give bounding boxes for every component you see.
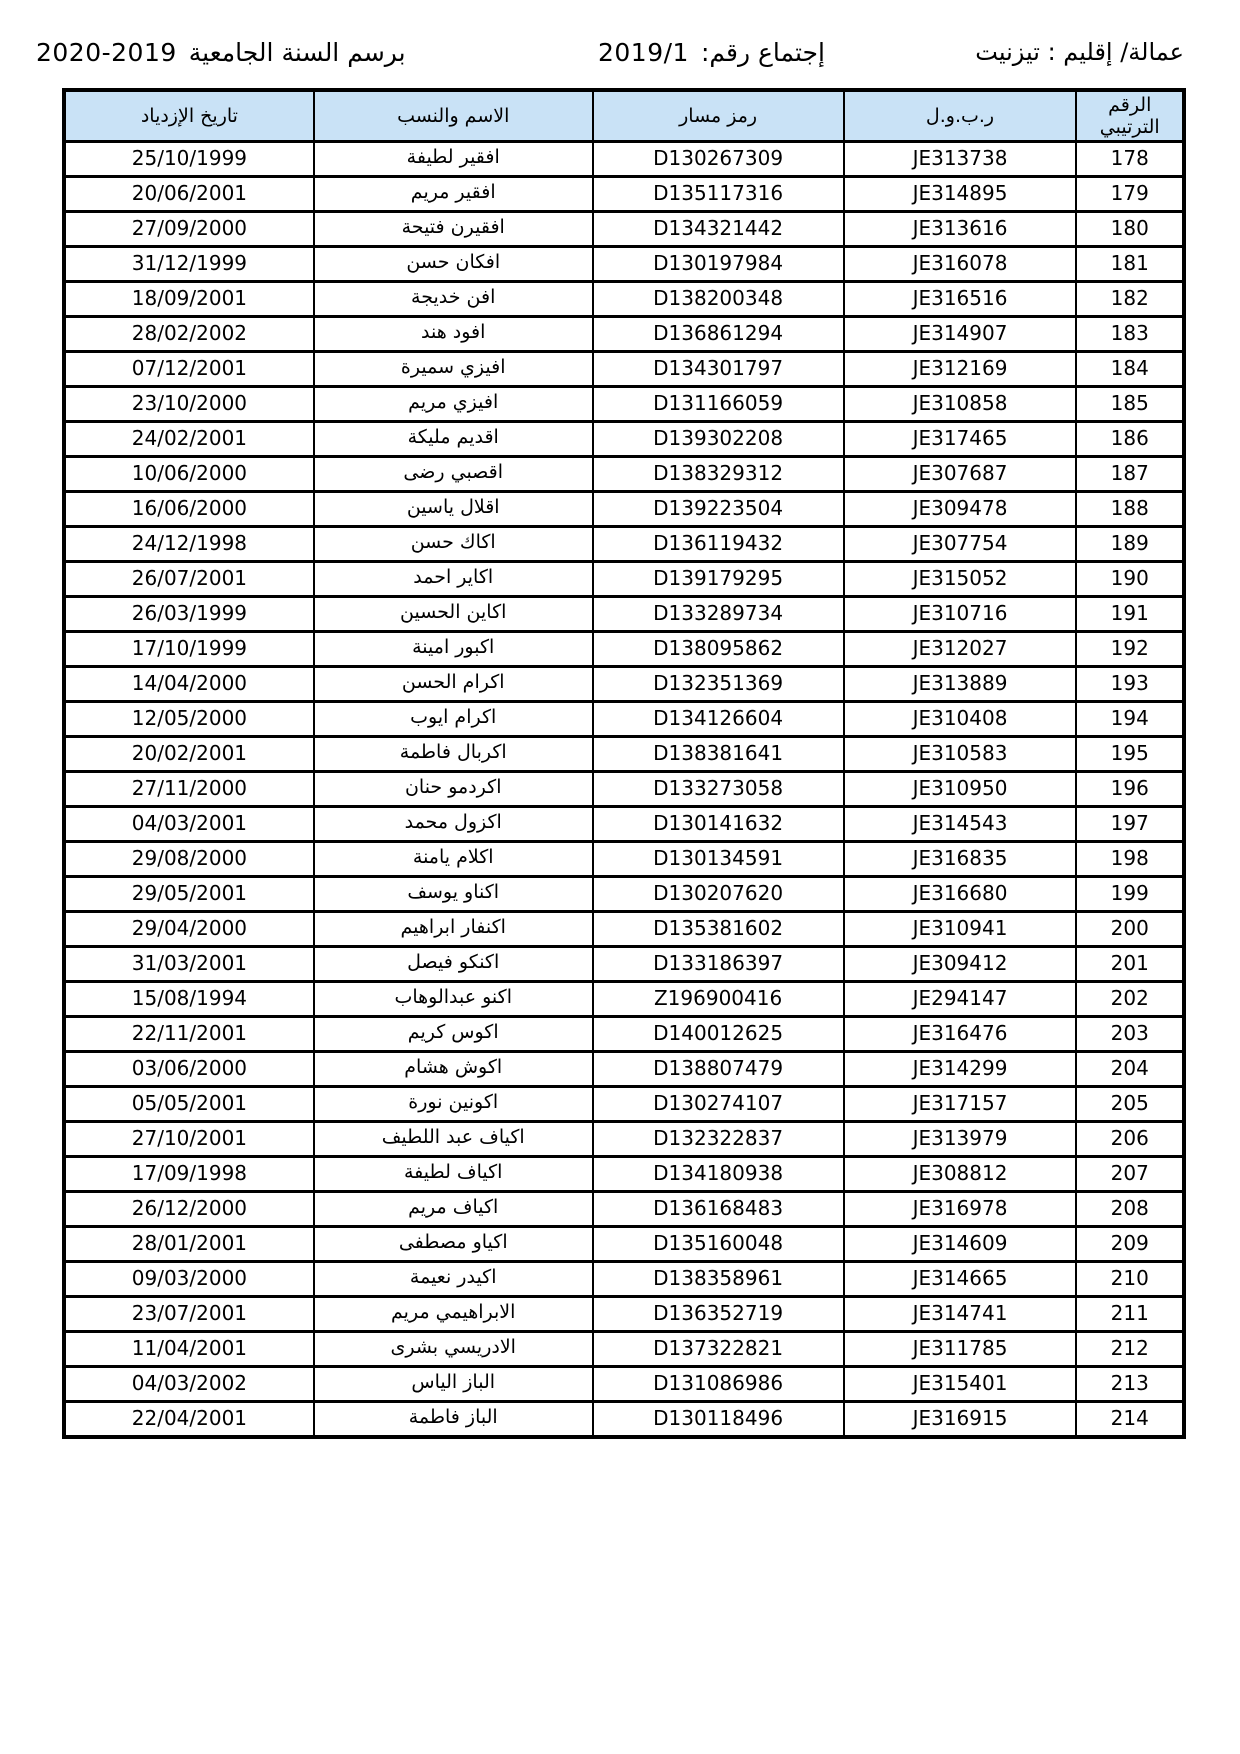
column-header-dob: تاريخ الإزدياد	[64, 90, 314, 142]
dob-cell: 15/08/1994	[64, 982, 314, 1017]
cnie-cell: JE310941	[844, 912, 1077, 947]
serial-cell: 183	[1076, 317, 1184, 352]
table-row: 188 JE309478 D139223504 اقلال ياسين 16/0…	[64, 492, 1184, 527]
massar-cell: D130197984	[593, 247, 844, 282]
table-row: 196 JE310950 D133273058 اكردمو حنان 27/1…	[64, 772, 1184, 807]
massar-cell: D132351369	[593, 667, 844, 702]
meeting-number-value: 2019/1	[598, 38, 689, 67]
massar-cell: D138095862	[593, 632, 844, 667]
massar-cell: Z196900416	[593, 982, 844, 1017]
massar-cell: D131166059	[593, 387, 844, 422]
cnie-cell: JE312027	[844, 632, 1077, 667]
cnie-cell: JE310950	[844, 772, 1077, 807]
name-cell: افيزي سميرة	[314, 352, 593, 387]
cnie-cell: JE309478	[844, 492, 1077, 527]
serial-cell: 212	[1076, 1332, 1184, 1367]
massar-cell: D138807479	[593, 1052, 844, 1087]
serial-cell: 213	[1076, 1367, 1184, 1402]
name-cell: اكردمو حنان	[314, 772, 593, 807]
serial-cell: 189	[1076, 527, 1184, 562]
cnie-cell: JE312169	[844, 352, 1077, 387]
cnie-cell: JE315401	[844, 1367, 1077, 1402]
name-cell: اكنو عبدالوهاب	[314, 982, 593, 1017]
serial-cell: 182	[1076, 282, 1184, 317]
cnie-cell: JE316476	[844, 1017, 1077, 1052]
table-row: 211 JE314741 D136352719 الابراهيمي مريم …	[64, 1297, 1184, 1332]
table-row: 195 JE310583 D138381641 اكربال فاطمة 20/…	[64, 737, 1184, 772]
dob-cell: 10/06/2000	[64, 457, 314, 492]
cnie-cell: JE314299	[844, 1052, 1077, 1087]
table-row: 187 JE307687 D138329312 اقصبي رضى 10/06/…	[64, 457, 1184, 492]
dob-cell: 28/01/2001	[64, 1227, 314, 1262]
massar-cell: D135160048	[593, 1227, 844, 1262]
table-row: 214 JE316915 D130118496 الباز فاطمة 22/0…	[64, 1402, 1184, 1437]
dob-cell: 26/03/1999	[64, 597, 314, 632]
table-row: 212 JE311785 D137322821 الادريسي بشرى 11…	[64, 1332, 1184, 1367]
table-row: 190 JE315052 D139179295 اكاير احمد 26/07…	[64, 562, 1184, 597]
dob-cell: 29/08/2000	[64, 842, 314, 877]
cnie-cell: JE314895	[844, 177, 1077, 212]
cnie-cell: JE309412	[844, 947, 1077, 982]
table-row: 206 JE313979 D132322837 اكياف عبد اللطيف…	[64, 1122, 1184, 1157]
meeting-number-heading: 2019/1 إجتماع رقم:	[598, 38, 825, 67]
dob-cell: 16/06/2000	[64, 492, 314, 527]
name-cell: اكلام يامنة	[314, 842, 593, 877]
name-cell: اكياف لطيفة	[314, 1157, 593, 1192]
students-roster-table: الرقم الترتيبي ر.ب.و.ل رمز مسار الاسم وا…	[62, 88, 1186, 1439]
serial-cell: 199	[1076, 877, 1184, 912]
table-row: 207 JE308812 D134180938 اكياف لطيفة 17/0…	[64, 1157, 1184, 1192]
dob-cell: 12/05/2000	[64, 702, 314, 737]
cnie-cell: JE313616	[844, 212, 1077, 247]
column-header-name: الاسم والنسب	[314, 90, 593, 142]
name-cell: اكبور امينة	[314, 632, 593, 667]
table-row: 179 JE314895 D135117316 افقير مريم 20/06…	[64, 177, 1184, 212]
massar-cell: D134321442	[593, 212, 844, 247]
serial-cell: 194	[1076, 702, 1184, 737]
massar-cell: D134301797	[593, 352, 844, 387]
academic-year-value: 2020-2019	[36, 38, 177, 67]
name-cell: اقصبي رضى	[314, 457, 593, 492]
cnie-cell: JE308812	[844, 1157, 1077, 1192]
serial-cell: 203	[1076, 1017, 1184, 1052]
massar-cell: D133273058	[593, 772, 844, 807]
cnie-cell: JE314665	[844, 1262, 1077, 1297]
table-row: 210 JE314665 D138358961 اكيدر نعيمة 09/0…	[64, 1262, 1184, 1297]
table-row: 186 JE317465 D139302208 اقديم مليكة 24/0…	[64, 422, 1184, 457]
serial-cell: 202	[1076, 982, 1184, 1017]
serial-cell: 205	[1076, 1087, 1184, 1122]
table-row: 182 JE316516 D138200348 افن خديجة 18/09/…	[64, 282, 1184, 317]
dob-cell: 03/06/2000	[64, 1052, 314, 1087]
serial-cell: 181	[1076, 247, 1184, 282]
cnie-cell: JE314543	[844, 807, 1077, 842]
name-cell: الباز فاطمة	[314, 1402, 593, 1437]
cnie-cell: JE316680	[844, 877, 1077, 912]
dob-cell: 25/10/1999	[64, 142, 314, 177]
cnie-cell: JE311785	[844, 1332, 1077, 1367]
serial-cell: 200	[1076, 912, 1184, 947]
table-row: 183 JE314907 D136861294 افود هند 28/02/2…	[64, 317, 1184, 352]
massar-cell: D130134591	[593, 842, 844, 877]
table-row: 193 JE313889 D132351369 اكرام الحسن 14/0…	[64, 667, 1184, 702]
table-row: 191 JE310716 D133289734 اكاين الحسين 26/…	[64, 597, 1184, 632]
cnie-cell: JE294147	[844, 982, 1077, 1017]
name-cell: اكاك حسن	[314, 527, 593, 562]
cnie-cell: JE313889	[844, 667, 1077, 702]
dob-cell: 11/04/2001	[64, 1332, 314, 1367]
serial-cell: 204	[1076, 1052, 1184, 1087]
table-row: 198 JE316835 D130134591 اكلام يامنة 29/0…	[64, 842, 1184, 877]
name-cell: افكان حسن	[314, 247, 593, 282]
name-cell: افقير مريم	[314, 177, 593, 212]
column-header-serial: الرقم الترتيبي	[1076, 90, 1184, 142]
name-cell: اكزول محمد	[314, 807, 593, 842]
dob-cell: 18/09/2001	[64, 282, 314, 317]
table-row: 201 JE309412 D133186397 اكنكو فيصل 31/03…	[64, 947, 1184, 982]
cnie-cell: JE315052	[844, 562, 1077, 597]
dob-cell: 22/04/2001	[64, 1402, 314, 1437]
header-row: الرقم الترتيبي ر.ب.و.ل رمز مسار الاسم وا…	[64, 90, 1184, 142]
table-header: الرقم الترتيبي ر.ب.و.ل رمز مسار الاسم وا…	[64, 90, 1184, 142]
meeting-number-label: إجتماع رقم:	[701, 38, 825, 67]
name-cell: اكنكو فيصل	[314, 947, 593, 982]
dob-cell: 24/02/2001	[64, 422, 314, 457]
name-cell: اكاين الحسين	[314, 597, 593, 632]
massar-cell: D138329312	[593, 457, 844, 492]
name-cell: اكربال فاطمة	[314, 737, 593, 772]
serial-cell: 207	[1076, 1157, 1184, 1192]
massar-cell: D130118496	[593, 1402, 844, 1437]
serial-cell: 188	[1076, 492, 1184, 527]
massar-cell: D139179295	[593, 562, 844, 597]
name-cell: افقيرن فتيحة	[314, 212, 593, 247]
cnie-cell: JE307687	[844, 457, 1077, 492]
name-cell: الادريسي بشرى	[314, 1332, 593, 1367]
column-header-massar: رمز مسار	[593, 90, 844, 142]
table-row: 200 JE310941 D135381602 اكنفار ابراهيم 2…	[64, 912, 1184, 947]
cnie-cell: JE316978	[844, 1192, 1077, 1227]
table-row: 209 JE314609 D135160048 اكياو مصطفى 28/0…	[64, 1227, 1184, 1262]
name-cell: اكرام ايوب	[314, 702, 593, 737]
cnie-cell: JE310408	[844, 702, 1077, 737]
dob-cell: 27/10/2001	[64, 1122, 314, 1157]
name-cell: اكياو مصطفى	[314, 1227, 593, 1262]
dob-cell: 31/03/2001	[64, 947, 314, 982]
name-cell: افن خديجة	[314, 282, 593, 317]
serial-cell: 214	[1076, 1402, 1184, 1437]
massar-cell: D140012625	[593, 1017, 844, 1052]
cnie-cell: JE310716	[844, 597, 1077, 632]
province-label: عمالة/ إقليم : تيزنيت	[975, 38, 1184, 66]
cnie-cell: JE310583	[844, 737, 1077, 772]
massar-cell: D134180938	[593, 1157, 844, 1192]
academic-year-label: برسم السنة الجامعية	[189, 38, 406, 67]
table-row: 180 JE313616 D134321442 افقيرن فتيحة 27/…	[64, 212, 1184, 247]
table-row: 184 JE312169 D134301797 افيزي سميرة 07/1…	[64, 352, 1184, 387]
page-header: 2020-2019 برسم السنة الجامعية 2019/1 إجت…	[0, 0, 1240, 88]
name-cell: الابراهيمي مريم	[314, 1297, 593, 1332]
name-cell: اكونين نورة	[314, 1087, 593, 1122]
table-row: 208 JE316978 D136168483 اكياف مريم 26/12…	[64, 1192, 1184, 1227]
table-row: 178 JE313738 D130267309 افقير لطيفة 25/1…	[64, 142, 1184, 177]
massar-cell: D135381602	[593, 912, 844, 947]
column-header-cnie: ر.ب.و.ل	[844, 90, 1077, 142]
table-body: 178 JE313738 D130267309 افقير لطيفة 25/1…	[64, 142, 1184, 1437]
dob-cell: 29/05/2001	[64, 877, 314, 912]
name-cell: افقير لطيفة	[314, 142, 593, 177]
massar-cell: D134126604	[593, 702, 844, 737]
name-cell: اكوس كريم	[314, 1017, 593, 1052]
dob-cell: 14/04/2000	[64, 667, 314, 702]
cnie-cell: JE314741	[844, 1297, 1077, 1332]
name-cell: اكناو يوسف	[314, 877, 593, 912]
massar-cell: D136119432	[593, 527, 844, 562]
serial-cell: 186	[1076, 422, 1184, 457]
dob-cell: 17/09/1998	[64, 1157, 314, 1192]
serial-cell: 210	[1076, 1262, 1184, 1297]
dob-cell: 26/07/2001	[64, 562, 314, 597]
table-row: 181 JE316078 D130197984 افكان حسن 31/12/…	[64, 247, 1184, 282]
name-cell: اقلال ياسين	[314, 492, 593, 527]
massar-cell: D139223504	[593, 492, 844, 527]
serial-cell: 211	[1076, 1297, 1184, 1332]
cnie-cell: JE316078	[844, 247, 1077, 282]
dob-cell: 31/12/1999	[64, 247, 314, 282]
cnie-cell: JE310858	[844, 387, 1077, 422]
dob-cell: 23/07/2001	[64, 1297, 314, 1332]
name-cell: اقديم مليكة	[314, 422, 593, 457]
serial-cell: 206	[1076, 1122, 1184, 1157]
document-page: 2020-2019 برسم السنة الجامعية 2019/1 إجت…	[0, 0, 1240, 1754]
table-row: 204 JE314299 D138807479 اكوش هشام 03/06/…	[64, 1052, 1184, 1087]
name-cell: اكياف عبد اللطيف	[314, 1122, 593, 1157]
dob-cell: 24/12/1998	[64, 527, 314, 562]
table-row: 203 JE316476 D140012625 اكوس كريم 22/11/…	[64, 1017, 1184, 1052]
dob-cell: 27/11/2000	[64, 772, 314, 807]
name-cell: اكوش هشام	[314, 1052, 593, 1087]
serial-cell: 209	[1076, 1227, 1184, 1262]
serial-cell: 198	[1076, 842, 1184, 877]
name-cell: اكنفار ابراهيم	[314, 912, 593, 947]
serial-cell: 191	[1076, 597, 1184, 632]
massar-cell: D133289734	[593, 597, 844, 632]
name-cell: افود هند	[314, 317, 593, 352]
massar-cell: D136352719	[593, 1297, 844, 1332]
massar-cell: D136168483	[593, 1192, 844, 1227]
cnie-cell: JE307754	[844, 527, 1077, 562]
dob-cell: 04/03/2001	[64, 807, 314, 842]
massar-cell: D130207620	[593, 877, 844, 912]
serial-cell: 201	[1076, 947, 1184, 982]
serial-cell: 208	[1076, 1192, 1184, 1227]
serial-cell: 185	[1076, 387, 1184, 422]
massar-cell: D133186397	[593, 947, 844, 982]
cnie-cell: JE317465	[844, 422, 1077, 457]
serial-cell: 190	[1076, 562, 1184, 597]
serial-cell: 197	[1076, 807, 1184, 842]
name-cell: افيزي مريم	[314, 387, 593, 422]
dob-cell: 20/06/2001	[64, 177, 314, 212]
cnie-cell: JE317157	[844, 1087, 1077, 1122]
massar-cell: D130141632	[593, 807, 844, 842]
serial-cell: 193	[1076, 667, 1184, 702]
massar-cell: D130267309	[593, 142, 844, 177]
name-cell: اكياف مريم	[314, 1192, 593, 1227]
massar-cell: D132322837	[593, 1122, 844, 1157]
dob-cell: 26/12/2000	[64, 1192, 314, 1227]
serial-cell: 180	[1076, 212, 1184, 247]
serial-cell: 192	[1076, 632, 1184, 667]
serial-cell: 184	[1076, 352, 1184, 387]
dob-cell: 17/10/1999	[64, 632, 314, 667]
dob-cell: 20/02/2001	[64, 737, 314, 772]
massar-cell: D138381641	[593, 737, 844, 772]
serial-cell: 178	[1076, 142, 1184, 177]
cnie-cell: JE316516	[844, 282, 1077, 317]
province-heading: عمالة/ إقليم : تيزنيت	[975, 38, 1184, 66]
table-row: 205 JE317157 D130274107 اكونين نورة 05/0…	[64, 1087, 1184, 1122]
serial-cell: 179	[1076, 177, 1184, 212]
massar-cell: D138358961	[593, 1262, 844, 1297]
name-cell: اكاير احمد	[314, 562, 593, 597]
dob-cell: 05/05/2001	[64, 1087, 314, 1122]
dob-cell: 04/03/2002	[64, 1367, 314, 1402]
dob-cell: 07/12/2001	[64, 352, 314, 387]
table-row: 194 JE310408 D134126604 اكرام ايوب 12/05…	[64, 702, 1184, 737]
massar-cell: D139302208	[593, 422, 844, 457]
cnie-cell: JE313738	[844, 142, 1077, 177]
table-row: 199 JE316680 D130207620 اكناو يوسف 29/05…	[64, 877, 1184, 912]
serial-cell: 187	[1076, 457, 1184, 492]
cnie-cell: JE314609	[844, 1227, 1077, 1262]
table-row: 197 JE314543 D130141632 اكزول محمد 04/03…	[64, 807, 1184, 842]
massar-cell: D136861294	[593, 317, 844, 352]
dob-cell: 22/11/2001	[64, 1017, 314, 1052]
table-row: 185 JE310858 D131166059 افيزي مريم 23/10…	[64, 387, 1184, 422]
massar-cell: D130274107	[593, 1087, 844, 1122]
massar-cell: D137322821	[593, 1332, 844, 1367]
cnie-cell: JE314907	[844, 317, 1077, 352]
dob-cell: 29/04/2000	[64, 912, 314, 947]
table-row: 189 JE307754 D136119432 اكاك حسن 24/12/1…	[64, 527, 1184, 562]
table-row: 192 JE312027 D138095862 اكبور امينة 17/1…	[64, 632, 1184, 667]
serial-cell: 196	[1076, 772, 1184, 807]
dob-cell: 23/10/2000	[64, 387, 314, 422]
name-cell: الباز الياس	[314, 1367, 593, 1402]
dob-cell: 28/02/2002	[64, 317, 314, 352]
table-row: 202 JE294147 Z196900416 اكنو عبدالوهاب 1…	[64, 982, 1184, 1017]
cnie-cell: JE316835	[844, 842, 1077, 877]
massar-cell: D131086986	[593, 1367, 844, 1402]
massar-cell: D138200348	[593, 282, 844, 317]
dob-cell: 27/09/2000	[64, 212, 314, 247]
table-row: 213 JE315401 D131086986 الباز الياس 04/0…	[64, 1367, 1184, 1402]
name-cell: اكرام الحسن	[314, 667, 593, 702]
massar-cell: D135117316	[593, 177, 844, 212]
academic-year-heading: 2020-2019 برسم السنة الجامعية	[36, 38, 406, 67]
cnie-cell: JE313979	[844, 1122, 1077, 1157]
serial-cell: 195	[1076, 737, 1184, 772]
cnie-cell: JE316915	[844, 1402, 1077, 1437]
dob-cell: 09/03/2000	[64, 1262, 314, 1297]
name-cell: اكيدر نعيمة	[314, 1262, 593, 1297]
